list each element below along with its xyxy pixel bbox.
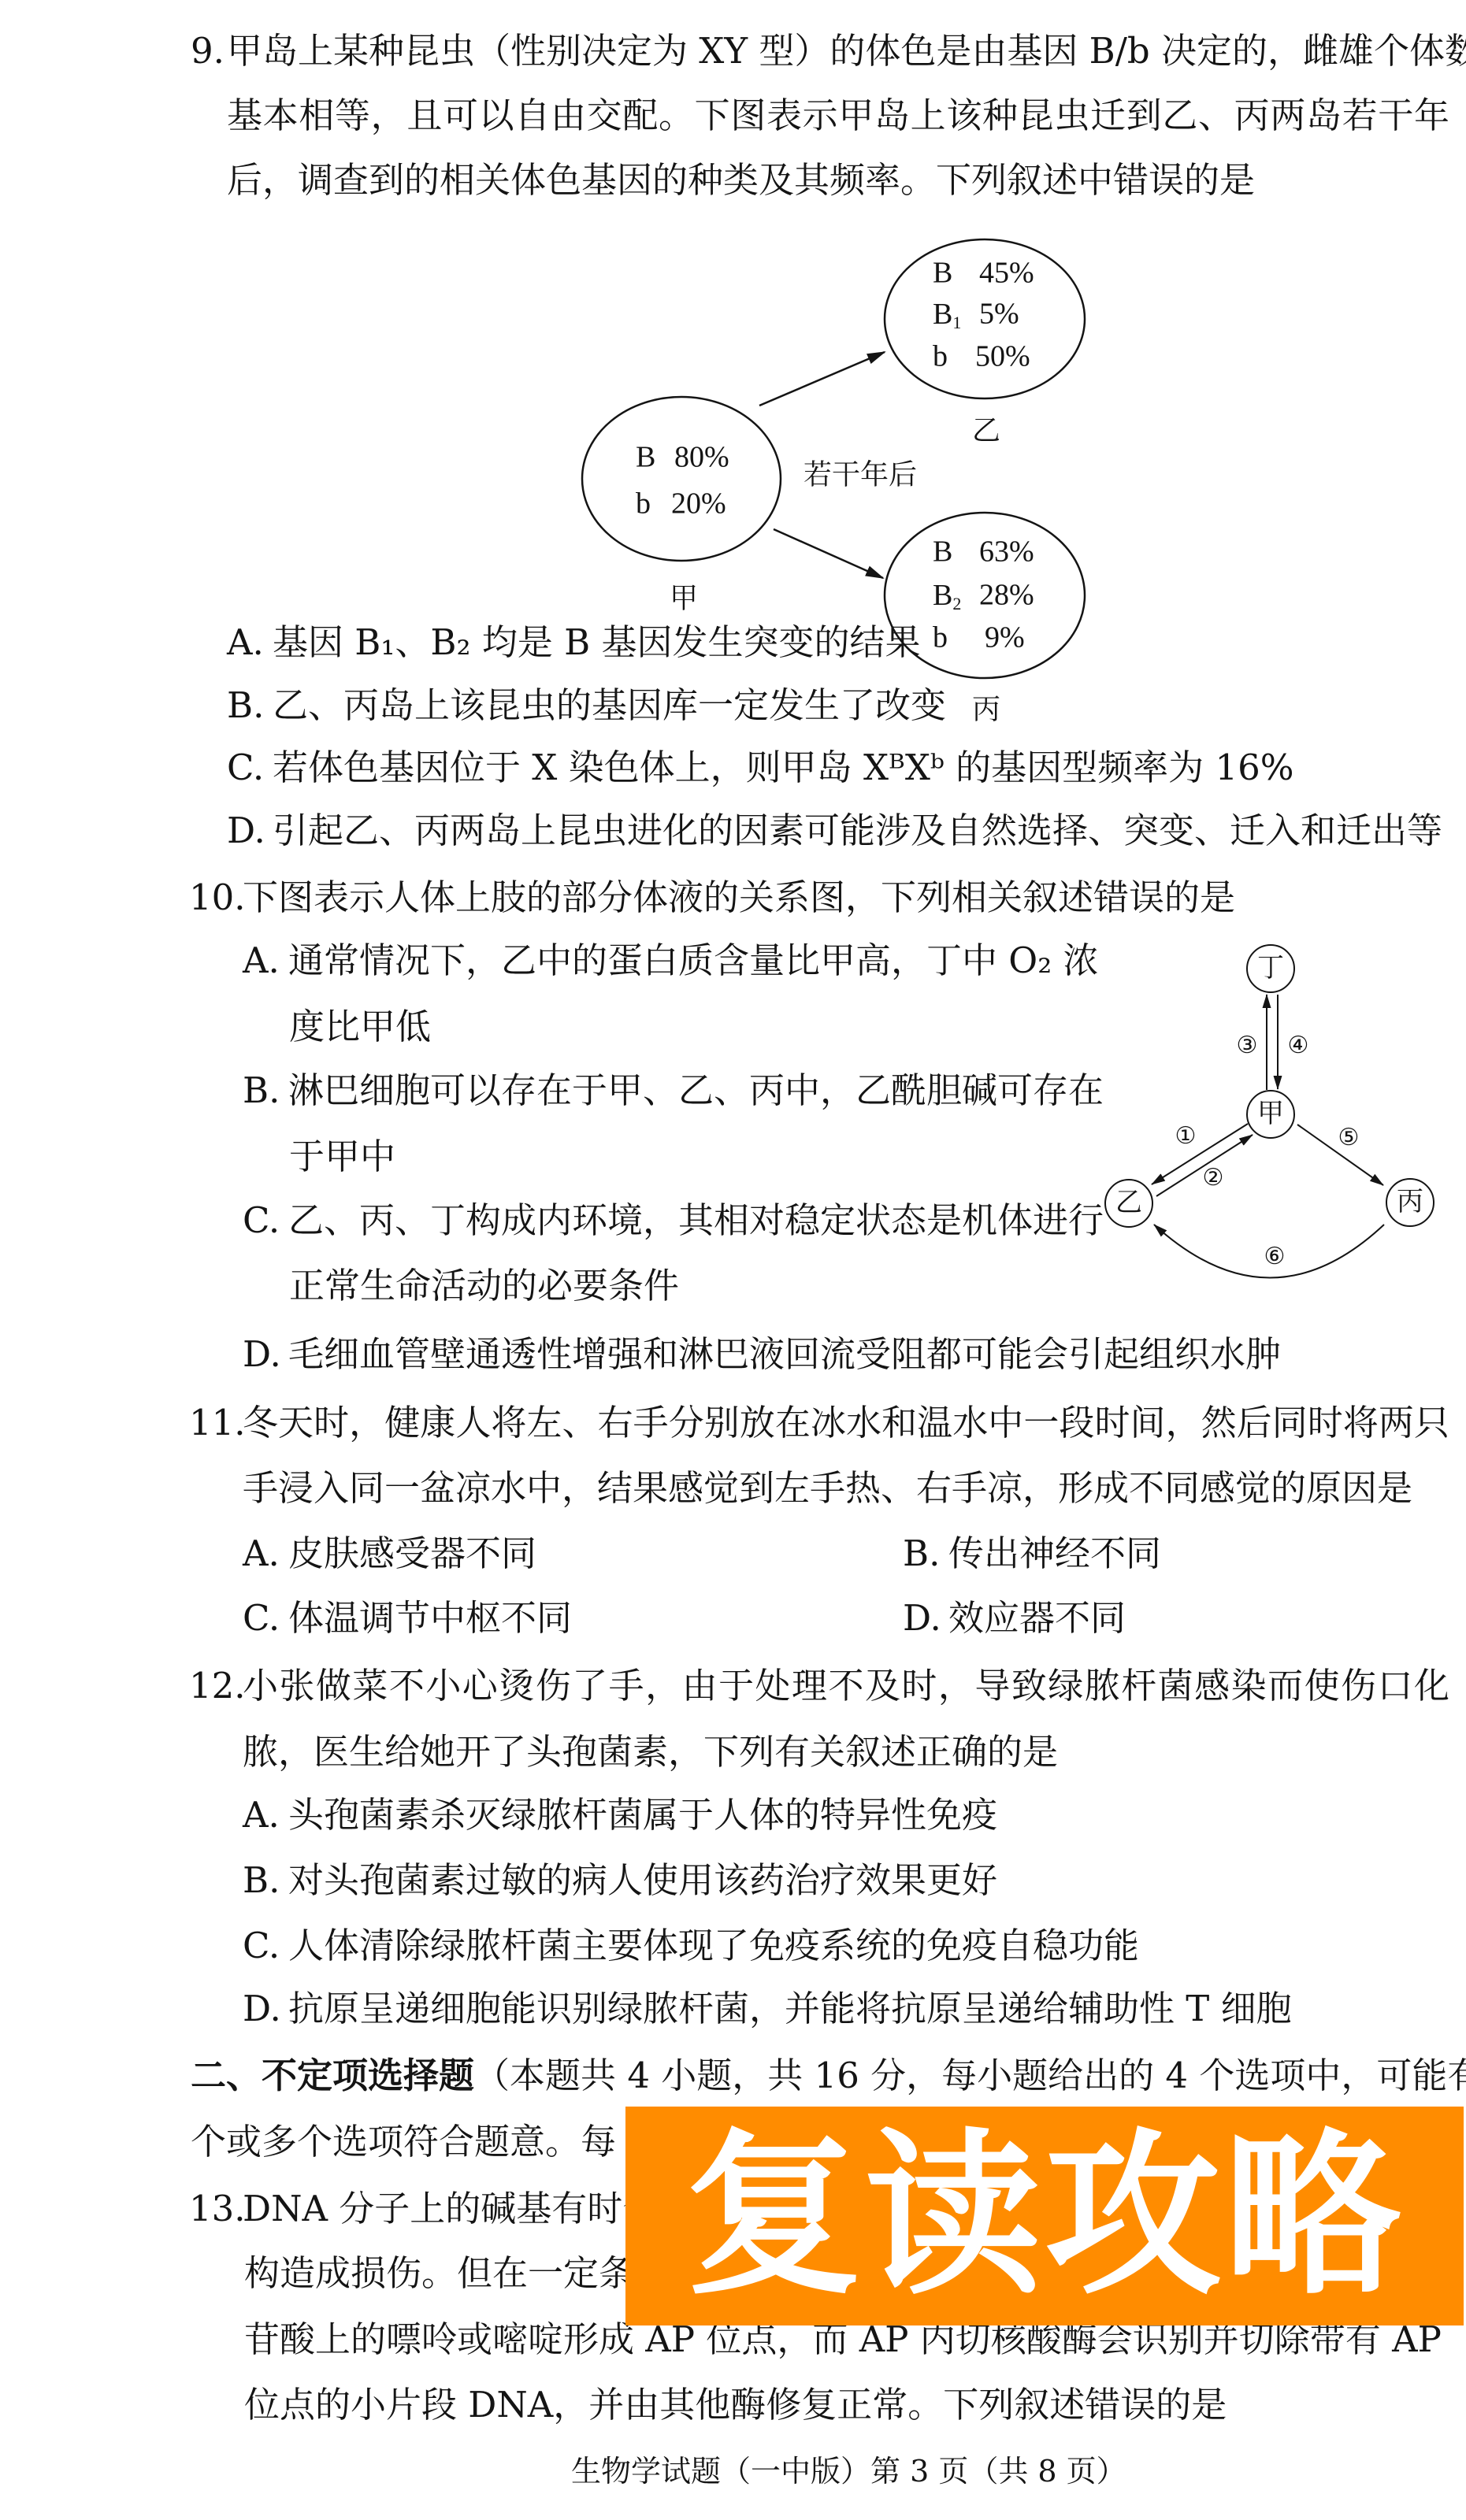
option-text: 乙、丙岛上该昆虫的基因库一定发生了改变 bbox=[273, 684, 946, 726]
allele-frequency: 28% bbox=[979, 579, 1034, 612]
option-d: D.毛细血管壁通透性增强和淋巴液回流受阻都可能会引起组织水肿 bbox=[243, 1331, 1281, 1378]
question-number: 12. bbox=[189, 1662, 246, 1710]
node-label: 乙 bbox=[1115, 1188, 1142, 1217]
option-text-continued: 度比甲低 bbox=[289, 1003, 431, 1051]
edge-label: ③ bbox=[1237, 1032, 1258, 1058]
section-title: 二、不定项选择题 bbox=[191, 2055, 474, 2096]
question-stem-line: 冬天时，健康人将左、右手分别放在冰水和温水中一段时间，然后同时将两只 bbox=[243, 1399, 1449, 1447]
question-stem-line: 小张做菜不小心烫伤了手，由于处理不及时，导致绿脓杆菌感染而使伤口化 bbox=[243, 1662, 1449, 1710]
node-label: 甲 bbox=[1257, 1099, 1284, 1128]
option-text: 毛细血管壁通透性增强和淋巴液回流受阻都可能会引起组织水肿 bbox=[288, 1333, 1281, 1375]
option-label: D. bbox=[243, 1331, 288, 1378]
allele-frequency: 63% bbox=[979, 535, 1034, 569]
edge-label: ⑤ bbox=[1338, 1125, 1360, 1151]
allele-frequency: 9% bbox=[985, 621, 1025, 654]
option-label: D. bbox=[243, 1985, 288, 2033]
option-text: 体温调节中枢不同 bbox=[288, 1597, 572, 1639]
allele-label: B bbox=[933, 535, 952, 569]
option-label: C. bbox=[243, 1197, 288, 1244]
arrow-1 bbox=[1152, 1124, 1248, 1184]
population-label: 甲 bbox=[670, 582, 698, 613]
allele-label: B2 bbox=[933, 579, 961, 613]
option-a: A.通常情况下，乙中的蛋白质含量比甲高，丁中 O₂ 浓 bbox=[243, 937, 1071, 984]
section-instructions: （本题共 4 小题，共 16 分，每小题给出的 4 个选项中，可能有 1 bbox=[474, 2055, 1466, 2096]
section-instructions-line: 个或多个选项符合题意。每 bbox=[191, 2118, 616, 2166]
option-text-continued: 于甲中 bbox=[289, 1133, 395, 1180]
option-label: D. bbox=[903, 1595, 948, 1642]
option-text: 淋巴细胞可以存在于甲、乙、丙中，乙酰胆碱可存在 bbox=[288, 1067, 1071, 1114]
edge-label: ② bbox=[1203, 1165, 1224, 1191]
population-label: 乙 bbox=[972, 414, 1000, 446]
option-d: D.效应器不同 bbox=[903, 1595, 1126, 1642]
node-label: 丙 bbox=[1397, 1188, 1423, 1217]
option-label: B. bbox=[243, 1857, 288, 1904]
allele-frequency: 50% bbox=[975, 340, 1030, 373]
allele-label: B bbox=[636, 441, 655, 474]
question-stem-line: 构造成损伤。但在一定条 bbox=[244, 2250, 634, 2297]
node-label: 丁 bbox=[1257, 954, 1284, 983]
option-label: C. bbox=[243, 1922, 288, 1970]
option-a: A.皮肤感受器不同 bbox=[243, 1530, 536, 1577]
arrow-to-yi bbox=[759, 352, 885, 406]
question-number: 13. bbox=[189, 2185, 246, 2233]
question-stem-line: 脓，医生给她开了头孢菌素，下列有关叙述正确的是 bbox=[243, 1729, 1058, 1776]
allele-frequency: 45% bbox=[979, 257, 1034, 290]
question-stem-line: 位点的小片段 DNA，并由其他酶修复正常。下列叙述错误的是 bbox=[244, 2381, 1227, 2429]
option-a: A.头孢菌素杀灭绿脓杆菌属于人体的特异性免疫 bbox=[243, 1792, 997, 1839]
allele-label: B bbox=[933, 257, 952, 290]
option-c: C.人体清除绿脓杆菌主要体现了免疫系统的免疫自稳功能 bbox=[243, 1922, 1139, 1970]
question-stem-line: DNA 分子上的碱基有时会 bbox=[243, 2185, 658, 2233]
option-b: B.乙、丙岛上该昆虫的基因库一定发生了改变 bbox=[227, 682, 946, 729]
watermark-text: 复读攻略 bbox=[685, 2128, 1404, 2304]
option-b: B.对头孢菌素过敏的病人使用该药治疗效果更好 bbox=[243, 1857, 997, 1904]
option-text: 抗原呈递细胞能识别绿脓杆菌，并能将抗原呈递给辅助性 T 细胞 bbox=[288, 1988, 1292, 2029]
option-text: 引起乙、丙两岛上昆虫进化的因素可能涉及自然选择、突变、迁入和迁出等 bbox=[273, 807, 1414, 854]
page-footer: 生物学试题（一中版）第 3 页（共 8 页） bbox=[571, 2451, 1126, 2492]
allele-label: b bbox=[636, 487, 651, 521]
option-c: C.乙、丙、丁构成内环境，其相对稳定状态是机体进行 bbox=[243, 1197, 1078, 1244]
question-number: 9. bbox=[191, 28, 225, 75]
option-label: B. bbox=[903, 1530, 948, 1577]
option-text: 若体色基因位于 X 染色体上，则甲岛 XᴮXᵇ 的基因型频率为 16% bbox=[273, 747, 1293, 788]
option-text: 基因 B₁、B₂ 均是 B 基因发生突变的结果 bbox=[273, 621, 921, 663]
allele-frequency: 5% bbox=[979, 298, 1019, 331]
allele-label: b bbox=[933, 340, 948, 373]
option-text: 通常情况下，乙中的蛋白质含量比甲高，丁中 O₂ 浓 bbox=[288, 937, 1071, 984]
allele-frequency: 20% bbox=[671, 487, 726, 521]
watermark-banner: 复读攻略 bbox=[625, 2107, 1464, 2325]
option-label: B. bbox=[243, 1067, 288, 1114]
edge-label: ⑥ bbox=[1264, 1243, 1286, 1269]
option-d: D.引起乙、丙两岛上昆虫进化的因素可能涉及自然选择、突变、迁入和迁出等 bbox=[227, 807, 1414, 854]
question-stem-line: 手浸入同一盆凉水中，结果感觉到左手热、右手凉，形成不同感觉的原因是 bbox=[243, 1465, 1412, 1512]
question-number: 10. bbox=[189, 874, 246, 921]
option-label: A. bbox=[243, 1792, 288, 1839]
option-d: D.抗原呈递细胞能识别绿脓杆菌，并能将抗原呈递给辅助性 T 细胞 bbox=[243, 1985, 1292, 2033]
population-label: 丙 bbox=[972, 693, 1000, 724]
population-jia-ellipse bbox=[582, 397, 781, 561]
section-header: 二、不定项选择题（本题共 4 小题，共 16 分，每小题给出的 4 个选项中，可… bbox=[191, 2052, 1449, 2099]
option-text: 皮肤感受器不同 bbox=[288, 1532, 536, 1574]
option-text: 效应器不同 bbox=[948, 1597, 1126, 1639]
option-text: 人体清除绿脓杆菌主要体现了免疫系统的免疫自稳功能 bbox=[288, 1925, 1139, 1966]
option-text: 传出神经不同 bbox=[948, 1532, 1161, 1574]
option-label: D. bbox=[227, 807, 273, 854]
exam-page: 9. 甲岛上某种昆虫（性别决定为 XY 型）的体色是由基因 B/b 决定的，雌雄… bbox=[0, 0, 1466, 2520]
option-text: 头孢菌素杀灭绿脓杆菌属于人体的特异性免疫 bbox=[288, 1794, 997, 1836]
option-b: B.传出神经不同 bbox=[903, 1530, 1161, 1577]
arrow-to-bing bbox=[774, 529, 883, 578]
option-label: B. bbox=[227, 682, 273, 729]
option-text: 对头孢菌素过敏的病人使用该药治疗效果更好 bbox=[288, 1859, 997, 1901]
allele-frequency: 80% bbox=[674, 441, 729, 474]
option-a: A.基因 B₁、B₂ 均是 B 基因发生突变的结果 bbox=[227, 619, 921, 666]
arrow-label: 若干年后 bbox=[804, 458, 917, 490]
option-label: A. bbox=[227, 619, 273, 666]
option-label: A. bbox=[243, 1530, 288, 1577]
option-label: A. bbox=[243, 937, 288, 984]
allele-label: b bbox=[933, 621, 948, 654]
edge-label: ① bbox=[1175, 1123, 1197, 1149]
option-label: C. bbox=[243, 1595, 288, 1642]
option-b: B.淋巴细胞可以存在于甲、乙、丙中，乙酰胆碱可存在 bbox=[243, 1067, 1071, 1114]
question-stem-line: 后，调查到的相关体色基因的种类及其频率。下列叙述中错误的是 bbox=[227, 157, 1255, 204]
body-fluid-diagram: 丁 甲 乙 丙 ③ ④ ① ② ⑤ ⑥ bbox=[1087, 929, 1457, 1299]
question-number: 11. bbox=[189, 1399, 246, 1447]
allele-label: B1 bbox=[933, 298, 961, 332]
question-stem-line: 基本相等，且可以自由交配。下图表示甲岛上该种昆虫迁到乙、丙两岛若干年 bbox=[227, 92, 1449, 139]
question-stem-line: 甲岛上某种昆虫（性别决定为 XY 型）的体色是由基因 B/b 决定的，雌雄个体数 bbox=[227, 28, 1449, 75]
option-label: C. bbox=[227, 744, 273, 791]
option-text-continued: 正常生命活动的必要条件 bbox=[289, 1262, 679, 1310]
option-c: C.若体色基因位于 X 染色体上，则甲岛 XᴮXᵇ 的基因型频率为 16% bbox=[227, 744, 1293, 791]
option-c: C.体温调节中枢不同 bbox=[243, 1595, 572, 1642]
question-stem-line: 下图表示人体上肢的部分体液的关系图，下列相关叙述错误的是 bbox=[243, 874, 1235, 921]
edge-label: ④ bbox=[1288, 1032, 1309, 1058]
option-text: 乙、丙、丁构成内环境，其相对稳定状态是机体进行 bbox=[288, 1197, 1078, 1244]
